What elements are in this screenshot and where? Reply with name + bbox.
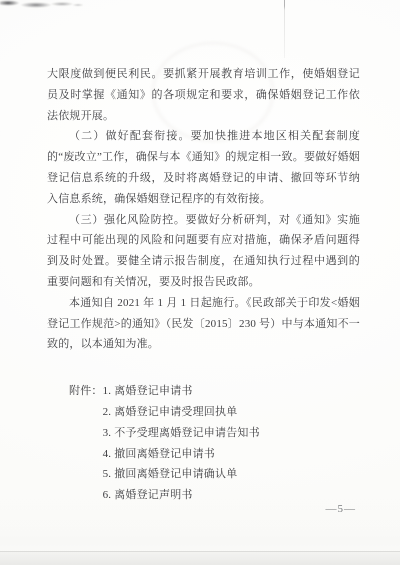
paragraph-section-3: （三）强化风险防控。要做好分析研判，对《通知》实施过程中可能出现的风险和问题要有… <box>47 210 360 293</box>
attachments-label: 附件： <box>69 381 103 402</box>
attachment-item-2: 2. 离婚登记申请受理回执单 <box>103 402 360 423</box>
paragraph-section-2: （二）做好配套衔接。要加快推进本地区相关配套制度的“废改立”工作，确保与本《通知… <box>47 126 360 209</box>
document-body: 大限度做到便民利民。要抓紧开展教育培训工作，使婚姻登记员及时掌握《通知》的各项规… <box>47 64 360 506</box>
page-number: —5— <box>326 503 357 515</box>
attachment-item-5: 5. 撤回离婚登记申请确认单 <box>103 464 360 485</box>
attachment-item-3: 3. 不予受理离婚登记申请告知书 <box>103 423 360 444</box>
document-page: 大限度做到便民利民。要抓紧开展教育培训工作，使婚姻登记员及时掌握《通知》的各项规… <box>0 0 400 565</box>
attachments-section: 附件： 1. 离婚登记申请书 2. 离婚登记申请受理回执单 3. 不予受理离婚登… <box>47 381 360 506</box>
attachment-item-4: 4. 撤回离婚登记申请书 <box>103 444 360 465</box>
scan-bottom-edge-artifact <box>0 551 400 565</box>
attachment-item-6: 6. 离婚登记声明书 <box>103 485 360 506</box>
paragraph-continuation: 大限度做到便民利民。要抓紧开展教育培训工作，使婚姻登记员及时掌握《通知》的各项规… <box>47 64 360 126</box>
paragraph-effective-date: 本通知自 2021 年 1 月 1 日起施行。《民政部关于印发<婚姻登记工作规范… <box>47 293 360 355</box>
attachments-list: 1. 离婚登记申请书 2. 离婚登记申请受理回执单 3. 不予受理离婚登记申请告… <box>103 381 360 506</box>
attachment-item-1: 1. 离婚登记申请书 <box>103 381 360 402</box>
scan-smudge-artifact <box>0 0 90 10</box>
scan-fold-line-artifact <box>284 0 285 58</box>
